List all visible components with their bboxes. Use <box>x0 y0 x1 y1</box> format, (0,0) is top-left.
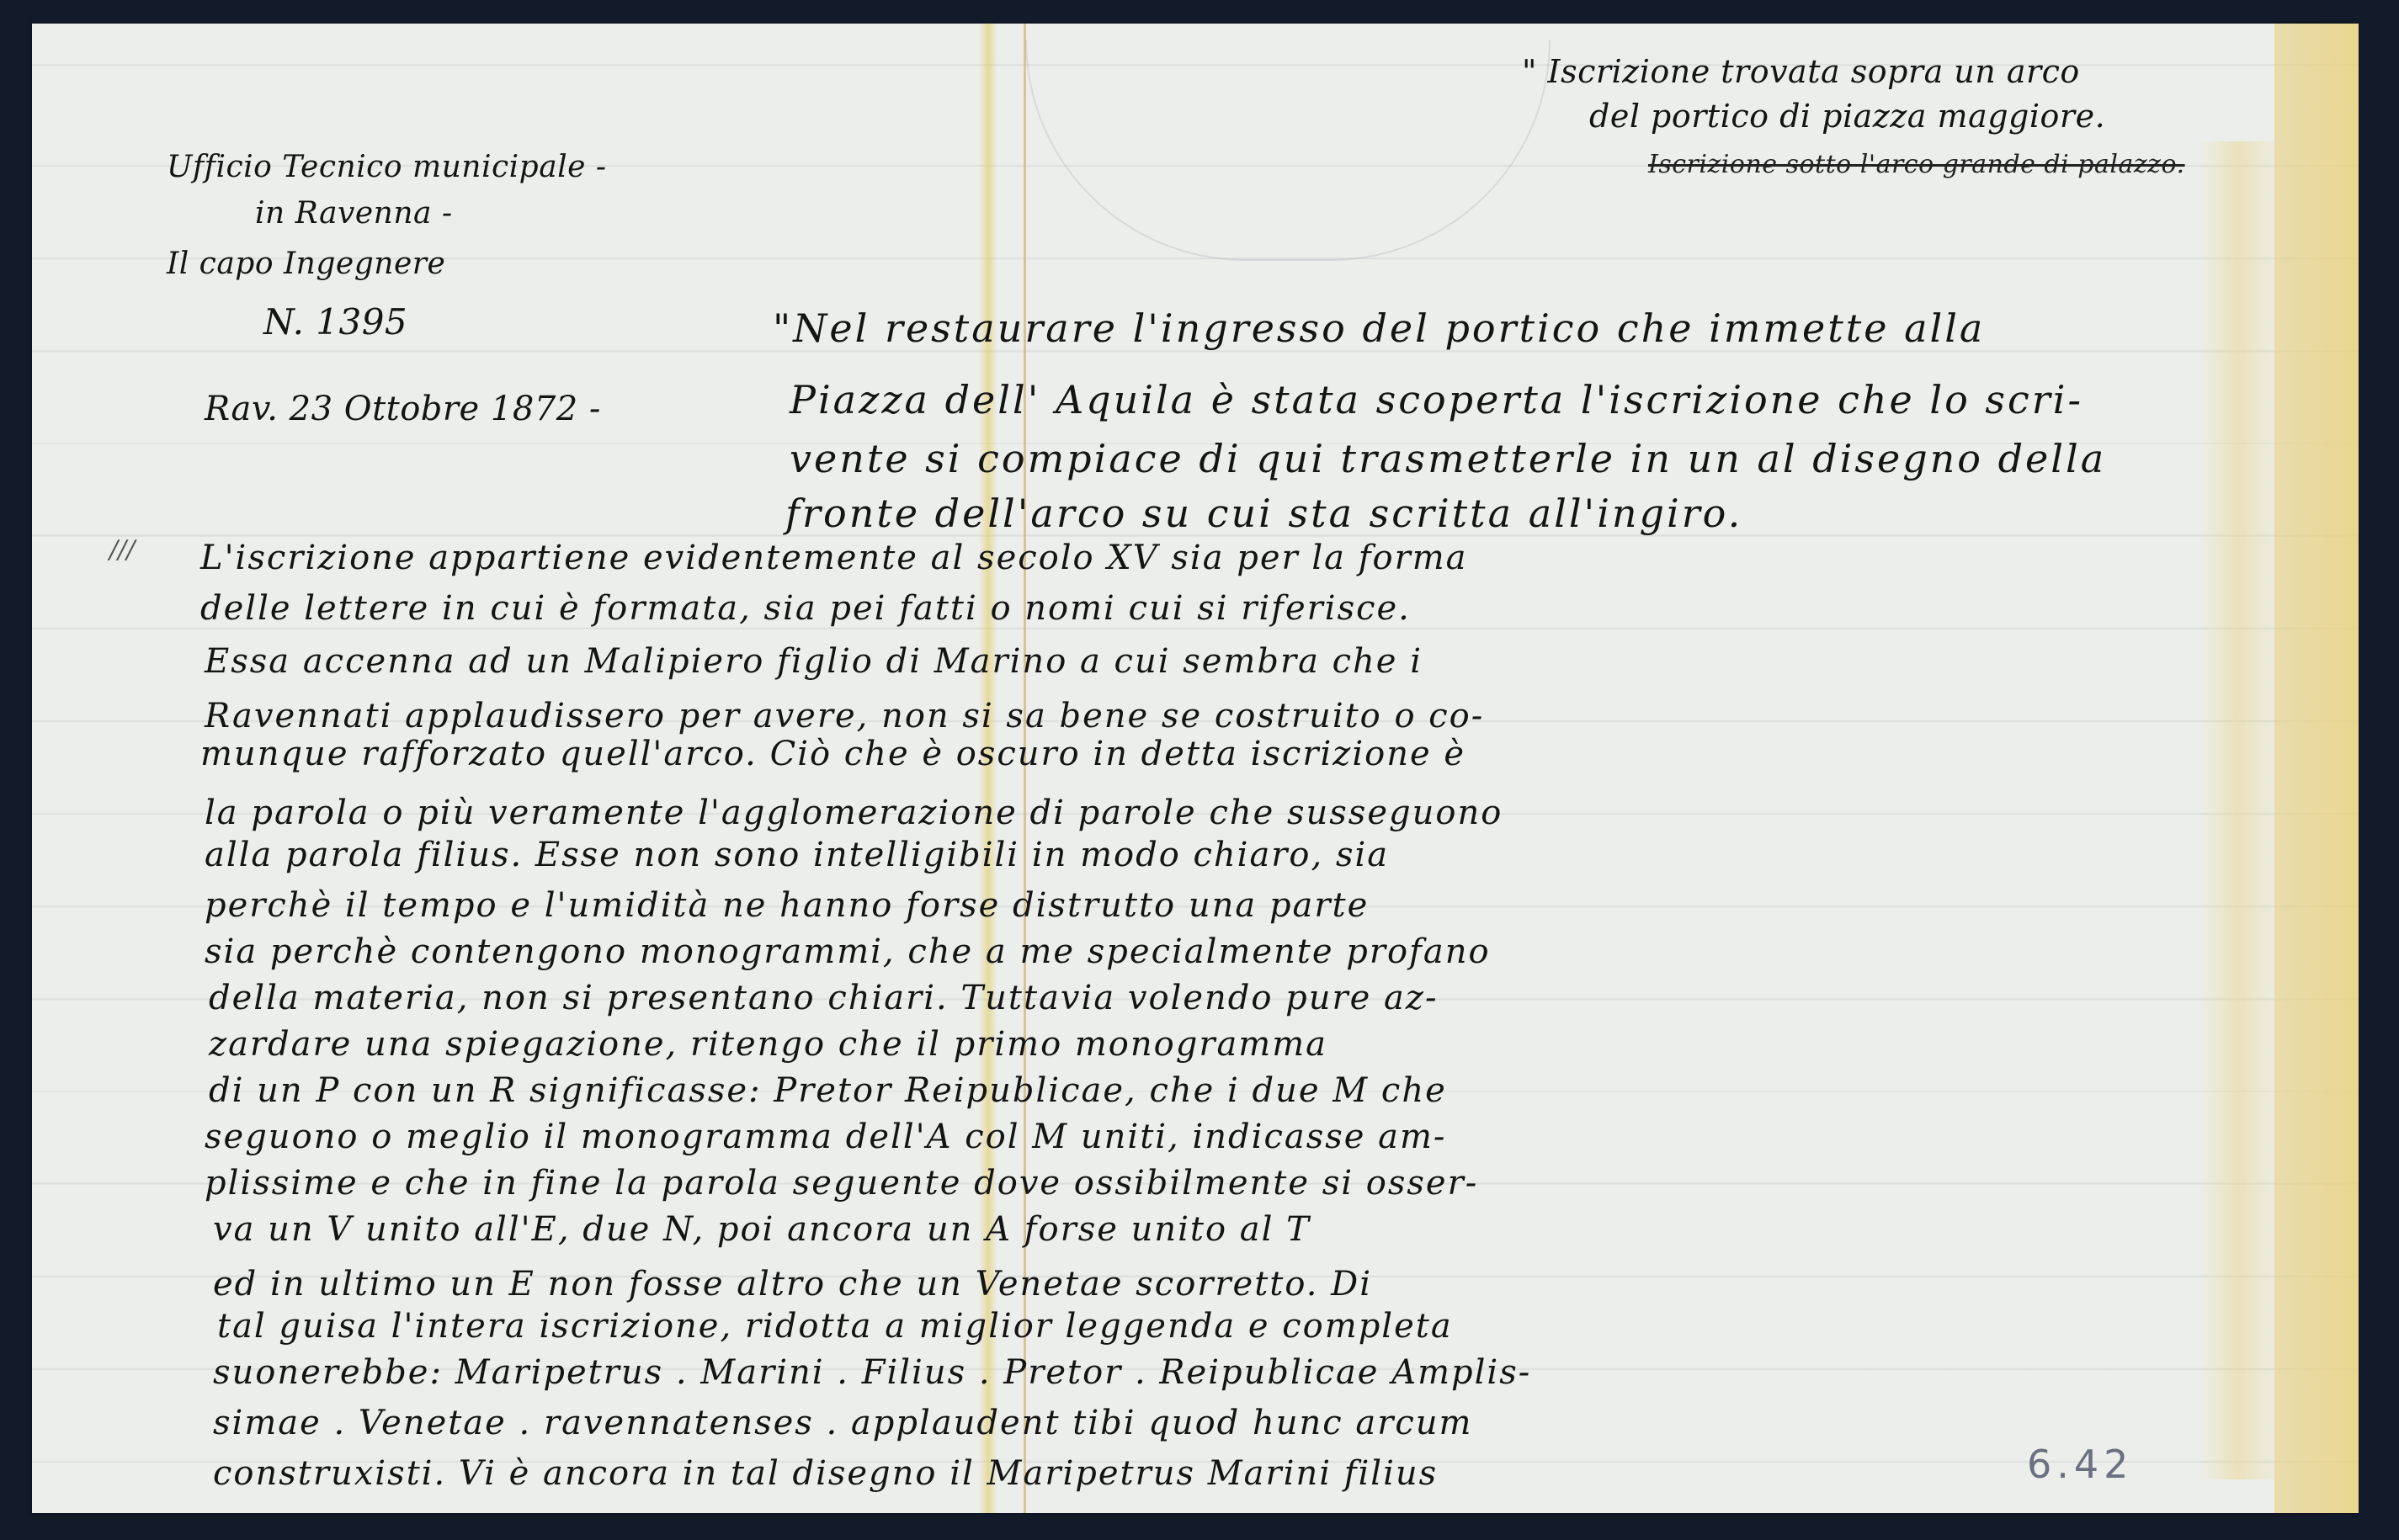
body-line: seguono o meglio il monogramma dell'A co… <box>205 1118 1446 1156</box>
body-line: plissime e che in fine la parola seguent… <box>205 1164 1478 1203</box>
body-line: sia perchè contengono monogrammi, che a … <box>205 932 1491 971</box>
caption-struck-line: Iscrizione sotto l'arco grande di palazz… <box>1648 150 2185 179</box>
body-line: la parola o più veramente l'agglomerazio… <box>205 794 1503 832</box>
body-line: va un V unito all'E, due N, poi ancora u… <box>213 1210 1311 1249</box>
body-line: perchè il tempo e l'umidità ne hanno for… <box>205 886 1369 925</box>
body-line: L'iscrizione appartiene evidentemente al… <box>200 539 1468 577</box>
body-line: alla parola filius. Esse non sono intell… <box>205 836 1389 874</box>
body-line: della materia, non si presentano chiari.… <box>209 979 1439 1017</box>
body-line: munque rafforzato quell'arco. Ciò che è … <box>200 735 1465 773</box>
intro-line: Piazza dell' Aquila è stata scoperta l'i… <box>790 377 2083 422</box>
margin-mark: /// <box>109 535 135 565</box>
letter-date: Rav. 23 Ottobre 1872 - <box>205 390 601 428</box>
sender-role: Il capo Ingegnere <box>167 247 445 281</box>
office-line-2: in Ravenna - <box>255 196 453 231</box>
body-line: di un P con un R significasse: Pretor Re… <box>209 1071 1447 1110</box>
body-line: zardare una spiegazione, ritengo che il … <box>209 1025 1327 1064</box>
body-line: Essa accenna ad un Malipiero figlio di M… <box>205 642 1423 681</box>
archive-number: 6.42 <box>2027 1442 2133 1487</box>
body-line: construxisti. Vi è ancora in tal disegno… <box>213 1454 1438 1493</box>
edge-stain <box>2274 24 2359 1513</box>
intro-line: fronte dell'arco su cui sta scritta all'… <box>785 491 1742 536</box>
caption-line-1: " Iscrizione trovata sopra un arco <box>1522 53 2080 90</box>
body-line: ed in ultimo un E non fosse altro che un… <box>213 1265 1372 1304</box>
intro-line: vente si compiace di qui trasmetterle in… <box>790 436 2106 481</box>
body-line: suonerebbe: Maripetrus . Marini . Filius… <box>213 1353 1531 1392</box>
caption-line-2: del portico di piazza maggiore. <box>1589 98 2105 135</box>
protocol-number: N. 1395 <box>263 301 407 343</box>
body-line: Ravennati applaudissero per avere, non s… <box>205 697 1484 735</box>
body-line: simae . Venetae . ravennatenses . applau… <box>213 1404 1472 1442</box>
intro-line: "Nel restaurare l'ingresso del portico c… <box>773 305 1985 351</box>
body-line: delle lettere in cui è formata, sia pei … <box>200 589 1411 628</box>
body-line: tal guisa l'intera iscrizione, ridotta a… <box>217 1307 1453 1346</box>
letter-sheet: Ufficio Tecnico municipale - in Ravenna … <box>32 24 2359 1513</box>
water-stain <box>2199 141 2274 1479</box>
office-line-1: Ufficio Tecnico municipale - <box>167 150 607 184</box>
